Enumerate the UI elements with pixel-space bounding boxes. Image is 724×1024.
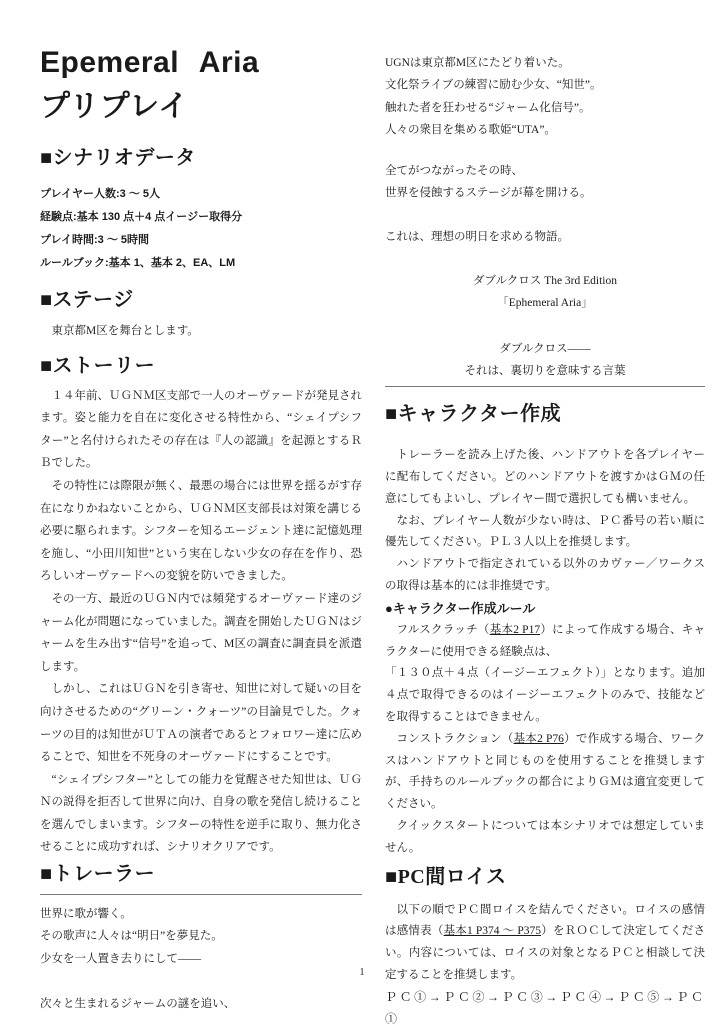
document-title-jp: プリプレイ [40, 89, 362, 125]
document-page: Epemeral Aria プリプレイ ■シナリオデータ プレイヤー人数:3 ～… [0, 0, 724, 1024]
pc-lois-body: 以下の順でＰＣ間ロイスを結んでください。ロイスの感情は感情表（基本1 P374 … [385, 900, 705, 1024]
subheading-creation-rules: ●キャラクター作成ルール [385, 598, 705, 620]
heading-stage: ■ステージ [40, 287, 362, 313]
opening-lines-a: UGNは東京都M区にたどり着いた。 文化祭ライブの練習に励む少女、“知世”。 触… [385, 52, 705, 141]
chara-paragraph: 「１３０点＋４点（イージーエフェクト）」となります。追加４点で取得できるのはイー… [385, 663, 705, 728]
rulebook-reference: 基本2 P76 [514, 733, 564, 745]
pc-lois-order: ＰＣ①→ＰＣ②→ＰＣ③→ＰＣ④→ＰＣ⑤→ＰＣ① [385, 987, 705, 1024]
heading-scenario-data: ■シナリオデータ [40, 145, 362, 171]
trailer-line: 世界に歌が響く。 [40, 903, 362, 925]
opening-line: 触れた者を狂わせる“ジャーム化信号”。 [385, 97, 705, 119]
tagline-block: ダブルクロス―― それは、裏切りを意味する言葉 [385, 338, 705, 383]
scenario-data-list: プレイヤー人数:3 ～ 5人 経験点:基本 130 点＋4 点イージー取得分 プ… [40, 183, 362, 275]
heading-trailer: ■トレーラー [40, 861, 362, 887]
heading-character-creation: ■キャラクター作成 [385, 401, 705, 427]
story-paragraph: その一方、最近のＵＧＮ内では頻発するオーヴァード達のジャーム化が問題になっていま… [40, 588, 362, 678]
story-paragraph: しかし、これはＵＧＮを引き寄せ、知世に対して疑いの目を向けさせるための“グリーン… [40, 678, 362, 768]
rulebook-reference: 基本1 P374 ～ P375 [444, 925, 541, 937]
chara-paragraph: フルスクラッチ（基本2 P17）によって作成する場合、キャラクターに使用できる経… [385, 620, 705, 664]
scenario-data-rulebooks: ルールブック:基本 1、基本 2、EA、LM [40, 252, 362, 275]
scenario-data-players: プレイヤー人数:3 ～ 5人 [40, 183, 362, 206]
credit-title: 「Ephemeral Aria」 [385, 292, 705, 314]
stage-body: 東京都М区を舞台とします。 [40, 320, 362, 343]
chara-p6-text: コンストラクション（ [397, 733, 514, 745]
heading-pc-lois: ■PC間ロイス [385, 864, 705, 890]
story-paragraph: １４年前、ＵＧＮＭ区支部で一人のオーヴァードが発見されます。姿と能力を自在に変化… [40, 385, 362, 475]
opening-line: UGNは東京都M区にたどり着いた。 [385, 52, 705, 74]
trailer-divider [40, 894, 362, 895]
chara-paragraph: トレーラーを読み上げた後、ハンドアウトを各プレイヤーに配布してください。どのハン… [385, 445, 705, 510]
chara-paragraph: コンストラクション（基本2 P76）で作成する場合、ワークスはハンドアウトと同じ… [385, 729, 705, 816]
section-divider [385, 386, 705, 387]
left-column: Epemeral Aria プリプレイ ■シナリオデータ プレイヤー人数:3 ～… [40, 0, 362, 1016]
heading-story: ■ストーリー [40, 353, 362, 379]
credit-edition: ダブルクロス The 3rd Edition [385, 270, 705, 292]
chara-p4-text: フルスクラッチ（ [397, 624, 490, 636]
chara-paragraph: クイックスタートについては本シナリオでは想定していません。 [385, 816, 705, 860]
scenario-data-exp: 経験点:基本 130 点＋4 点イージー取得分 [40, 206, 362, 229]
chara-paragraph: ハンドアウトで指定されている以外のカヴァー／ワークスの取得は基本的には非推奨です… [385, 554, 705, 598]
tagline-line2: それは、裏切りを意味する言葉 [385, 360, 705, 382]
opening-line: 文化祭ライブの練習に励む少女、“知世”。 [385, 74, 705, 96]
page-number: 1 [0, 966, 724, 978]
story-body: １４年前、ＵＧＮＭ区支部で一人のオーヴァードが発見されます。姿と能力を自在に変化… [40, 385, 362, 859]
document-title-en: Epemeral Aria [40, 45, 362, 81]
trailer-lines: 世界に歌が響く。 その歌声に人々は“明日”を夢見た。 少女を一人置き去りにして―… [40, 903, 362, 1016]
scenario-data-time: プレイ時間:3 ～ 5時間 [40, 229, 362, 252]
credit-block: ダブルクロス The 3rd Edition 「Ephemeral Aria」 [385, 270, 705, 315]
chara-paragraph: なお、プレイヤー人数が少ない時は、ＰＣ番号の若い順に優先してください。ＰＬ３人以… [385, 511, 705, 555]
trailer-line: 次々と生まれるジャームの謎を追い、 [40, 993, 362, 1015]
story-paragraph: その特性には際限が無く、最悪の場合には世界を揺るがす存在になりかねないことから、… [40, 475, 362, 588]
opening-line-c: これは、理想の明日を求める物語。 [385, 226, 705, 248]
opening-line: 世界を侵蝕するステージが幕を開ける。 [385, 182, 705, 204]
tagline-line1: ダブルクロス―― [385, 338, 705, 360]
opening-lines-b: 全てがつながったその時、 世界を侵蝕するステージが幕を開ける。 [385, 160, 705, 205]
story-paragraph: “シェイプシフター”としての能力を覚醒させた知世は、ＵＧＮの説得を拒否して世界に… [40, 769, 362, 859]
trailer-line: その歌声に人々は“明日”を夢見た。 [40, 925, 362, 947]
character-creation-body: トレーラーを読み上げた後、ハンドアウトを各プレイヤーに配布してください。どのハン… [385, 445, 705, 859]
rulebook-reference: 基本2 P17 [490, 624, 540, 636]
right-column: UGNは東京都M区にたどり着いた。 文化祭ライブの練習に励む少女、“知世”。 触… [385, 0, 705, 1024]
opening-line: 人々の衆目を集める歌姫“UTA”。 [385, 119, 705, 141]
opening-line: 全てがつながったその時、 [385, 160, 705, 182]
